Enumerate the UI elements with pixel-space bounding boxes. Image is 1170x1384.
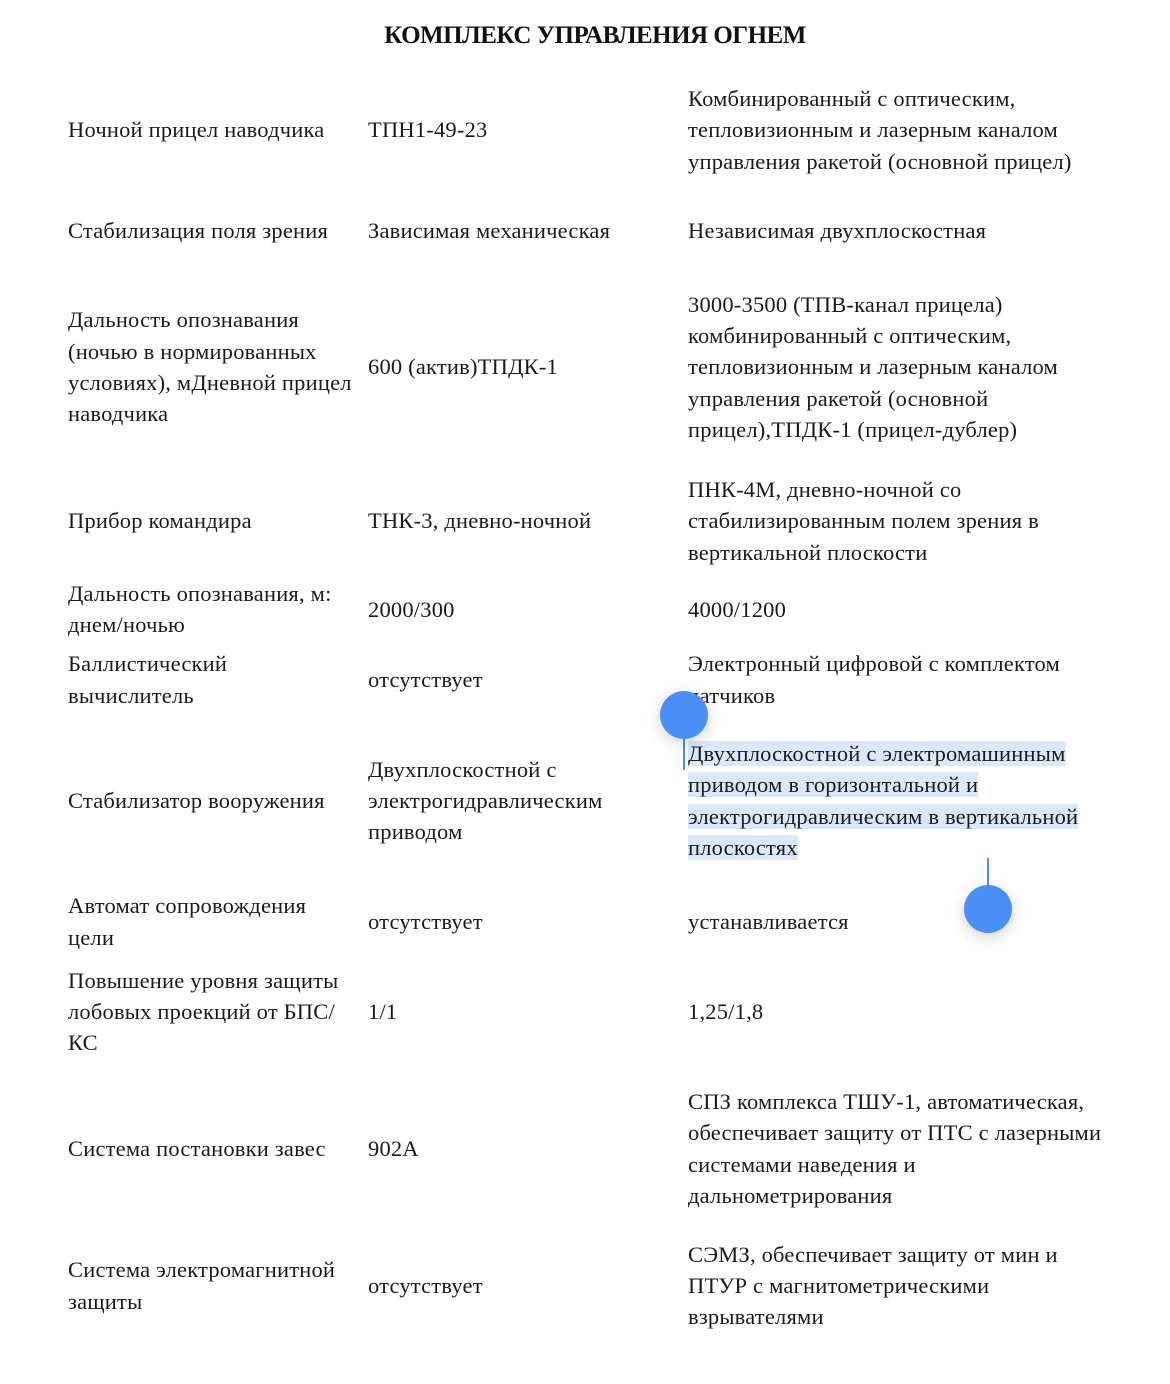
param-cell[interactable]: Стабилизатор вооружения [62,719,362,889]
value-b-cell[interactable]: СЭМЗ, обеспечивает защиту от мин и ПТУР … [682,1235,1124,1343]
value-b-cell[interactable]: Независимая двухплоскостная [682,198,1124,270]
param-cell[interactable]: Дальность опознавания (ночью в нормирова… [62,270,362,470]
param-cell[interactable]: Система постановки завес [62,1069,362,1235]
table-row: Дальность опознавания, м: днем/ночью 200… [62,578,1124,647]
value-b-cell[interactable]: СПЗ комплекса ТШУ-1, автоматическая, обе… [682,1069,1124,1235]
value-b-cell-selected[interactable]: Двухплоскостной с электромашинным привод… [682,719,1124,889]
value-b-cell[interactable]: 3000-3500 (ТПВ-канал прицела) комбиниров… [682,270,1124,470]
table-row: Система постановки завес 902А СПЗ компле… [62,1069,1124,1235]
value-a-cell[interactable]: отсутствует [362,889,682,961]
value-a-cell[interactable]: ТНК-3, дневно-ночной [362,470,682,578]
param-cell[interactable]: Стабилизация поля зрения [62,198,362,270]
table-row: Система электромагнитной защиты отсутств… [62,1235,1124,1343]
table-row: Стабилизация поля зрения Зависимая механ… [62,198,1124,270]
param-cell[interactable]: Повышение уровня защиты лобовых проекций… [62,961,362,1069]
value-b-cell[interactable]: 1,25/1,8 [682,961,1124,1069]
value-b-cell[interactable]: Комбинированный с оптическим, тепловизио… [682,68,1124,198]
value-b-cell[interactable]: устанавливается [682,889,1124,961]
value-a-cell[interactable]: ТПН1-49-23 [362,68,682,198]
value-a-cell[interactable]: 2000/300 [362,578,682,647]
value-b-cell[interactable]: 4000/1200 [682,578,1124,647]
value-a-cell[interactable]: 1/1 [362,961,682,1069]
value-a-cell[interactable]: отсутствует [362,647,682,719]
selected-text[interactable]: Двухплоскостной с электромашинным привод… [688,741,1078,860]
param-cell[interactable]: Ночной прицел наводчика [62,68,362,198]
value-b-cell[interactable]: Электронный цифровой с комплектом датчик… [682,647,1124,719]
value-a-cell[interactable]: 600 (актив)ТПДК-1 [362,270,682,470]
section-title: КОМПЛЕКС УПРАВЛЕНИЯ ОГНЕМ [0,22,1170,50]
value-a-cell[interactable]: отсутствует [362,1235,682,1343]
table-row: Баллистический вычислитель отсутствует Э… [62,647,1124,719]
selection-end-handle[interactable] [964,885,1012,933]
value-b-cell[interactable]: ПНК-4М, дневно-ночной со стабилизированн… [682,470,1124,578]
value-a-cell[interactable]: Двухплоскостной с электрогидравлическим … [362,719,682,889]
value-a-cell[interactable]: Зависимая механическая [362,198,682,270]
spec-table: Ночной прицел наводчика ТПН1-49-23 Комби… [62,68,1124,1343]
table-row: Стабилизатор вооружения Двухплоскостной … [62,719,1124,889]
param-cell[interactable]: Система электромагнитной защиты [62,1235,362,1343]
selection-start-handle[interactable] [660,691,708,739]
param-cell[interactable]: Автомат сопровождения цели [62,889,362,961]
table-row: Ночной прицел наводчика ТПН1-49-23 Комби… [62,68,1124,198]
table-row: Дальность опознавания (ночью в нормирова… [62,270,1124,470]
table-row: Прибор командира ТНК-3, дневно-ночной ПН… [62,470,1124,578]
param-cell[interactable]: Дальность опознавания, м: днем/ночью [62,578,362,647]
param-cell[interactable]: Баллистический вычислитель [62,647,362,719]
param-cell[interactable]: Прибор командира [62,470,362,578]
value-a-cell[interactable]: 902А [362,1069,682,1235]
table-row: Повышение уровня защиты лобовых проекций… [62,961,1124,1069]
